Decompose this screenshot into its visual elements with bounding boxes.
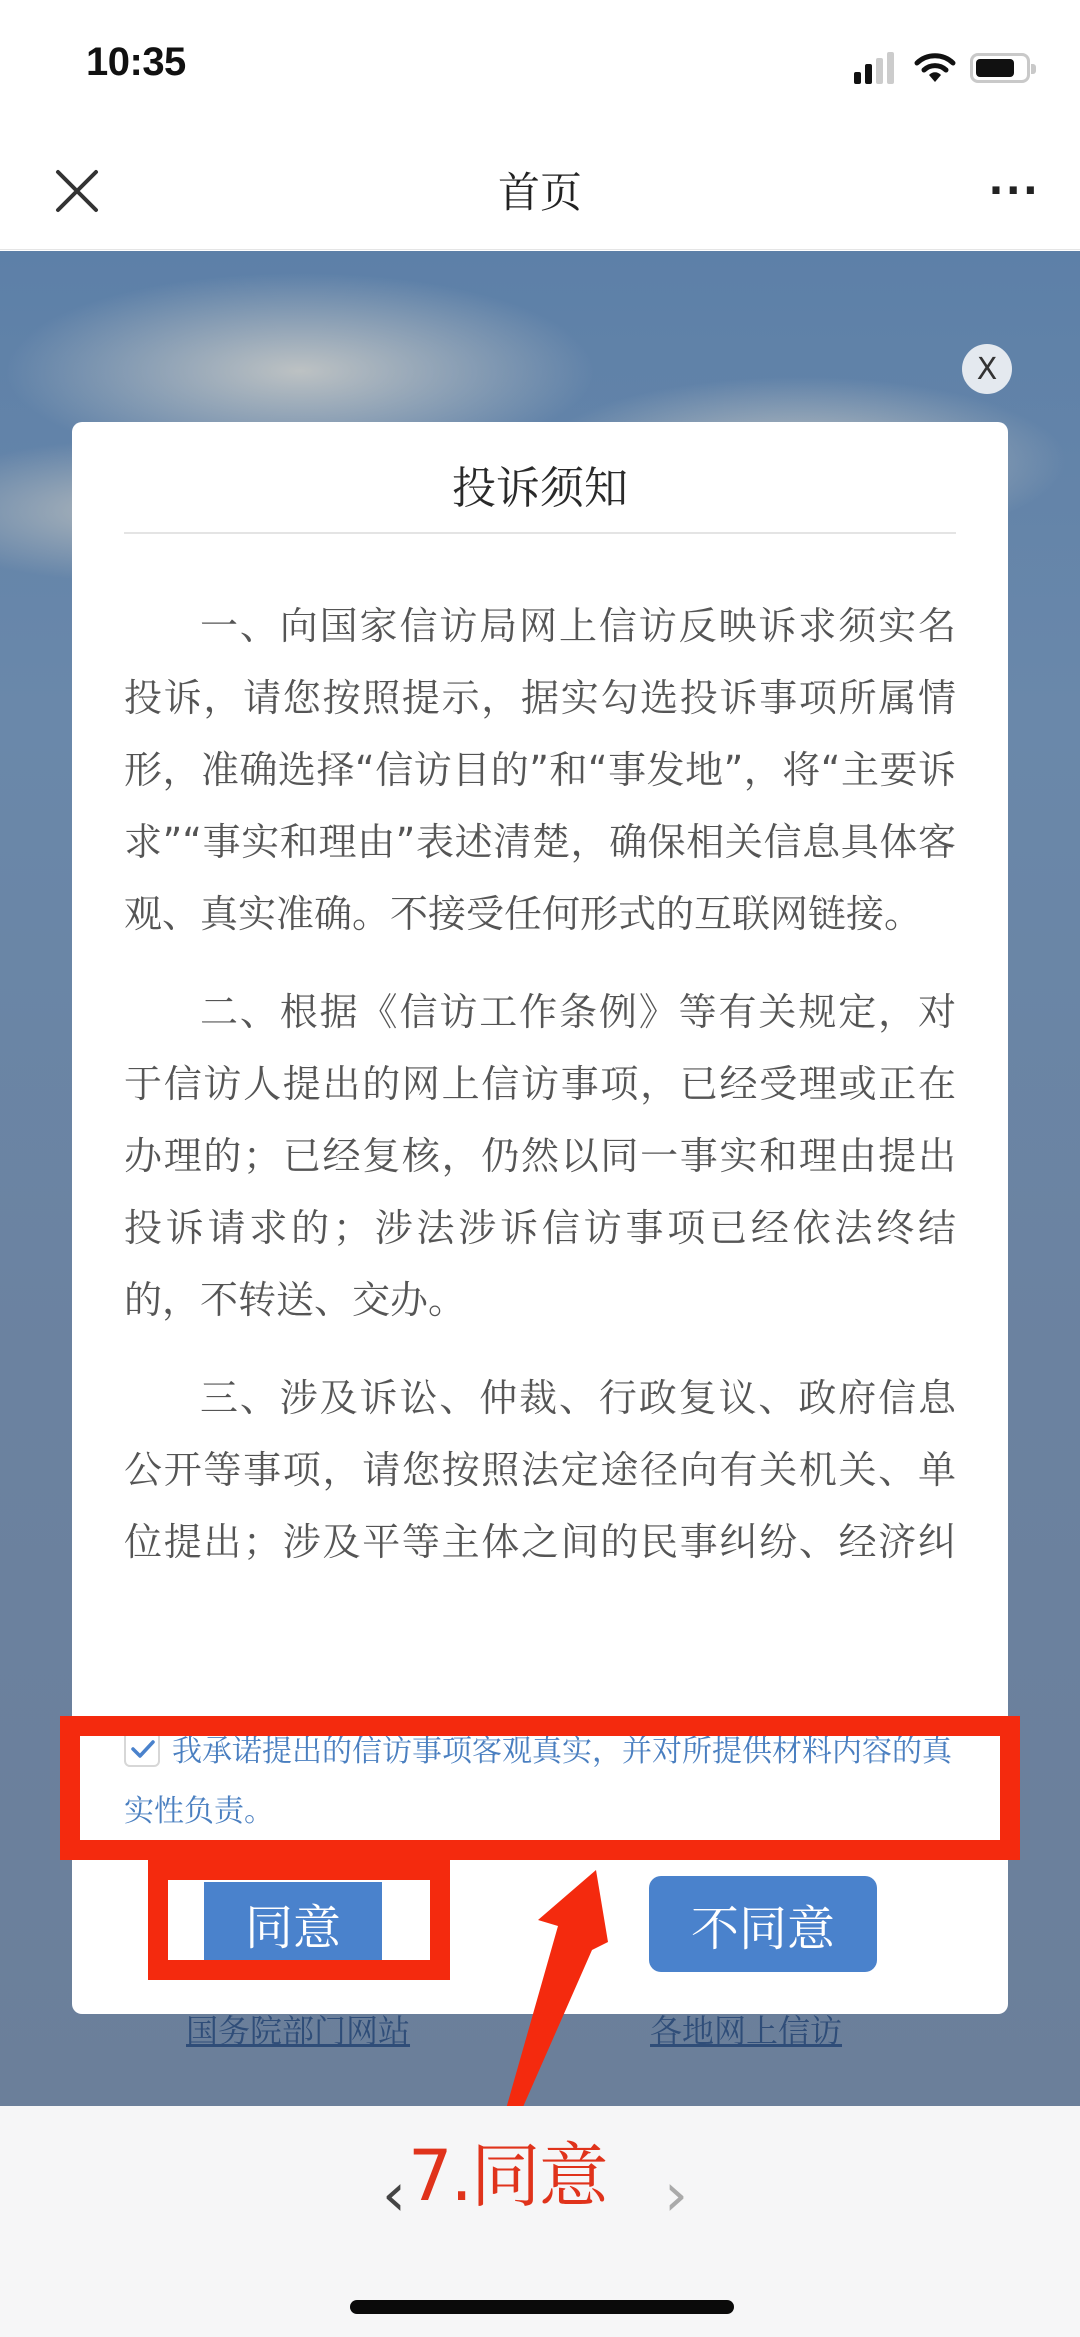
status-bar: 10:35 (0, 0, 1080, 130)
modal-divider (124, 532, 956, 534)
notice-paragraph-3: 三、涉及诉讼、仲裁、行政复议、政府信息公开等事项，请您按照法定途径向有关机关、单… (124, 1362, 956, 1590)
cellular-signal-icon (854, 52, 900, 84)
disagree-button[interactable]: 不同意 (649, 1876, 877, 1972)
back-button[interactable]: ‹ (382, 2160, 406, 2230)
more-options-button[interactable]: ··· (988, 168, 1040, 214)
annotation-highlight-agree (148, 1860, 450, 1980)
notice-paragraph-1: 一、向国家信访局网上信访反映诉求须实名投诉，请您按照提示，据实勾选投诉事项所属情… (124, 590, 956, 950)
annotation-highlight-consent (60, 1716, 1020, 1860)
nav-bar: 首页 ··· (0, 130, 1080, 250)
forward-button[interactable]: › (664, 2160, 688, 2230)
annotation-caption: 7.同意 (408, 2120, 607, 2221)
status-icons (854, 50, 1030, 86)
banner-close-button[interactable]: X (962, 344, 1012, 394)
status-time: 10:35 (86, 40, 186, 85)
battery-icon (970, 53, 1030, 83)
modal-body-scroll[interactable]: 一、向国家信访局网上信访反映诉求须实名投诉，请您按照提示，据实勾选投诉事项所属情… (124, 590, 956, 1590)
page-title: 首页 (0, 160, 1080, 220)
wifi-icon (914, 52, 956, 84)
notice-paragraph-2: 二、根据《信访工作条例》等有关规定，对于信访人提出的网上信访事项，已经受理或正在… (124, 976, 956, 1336)
home-indicator[interactable] (350, 2300, 734, 2314)
modal-title: 投诉须知 (72, 452, 1008, 516)
